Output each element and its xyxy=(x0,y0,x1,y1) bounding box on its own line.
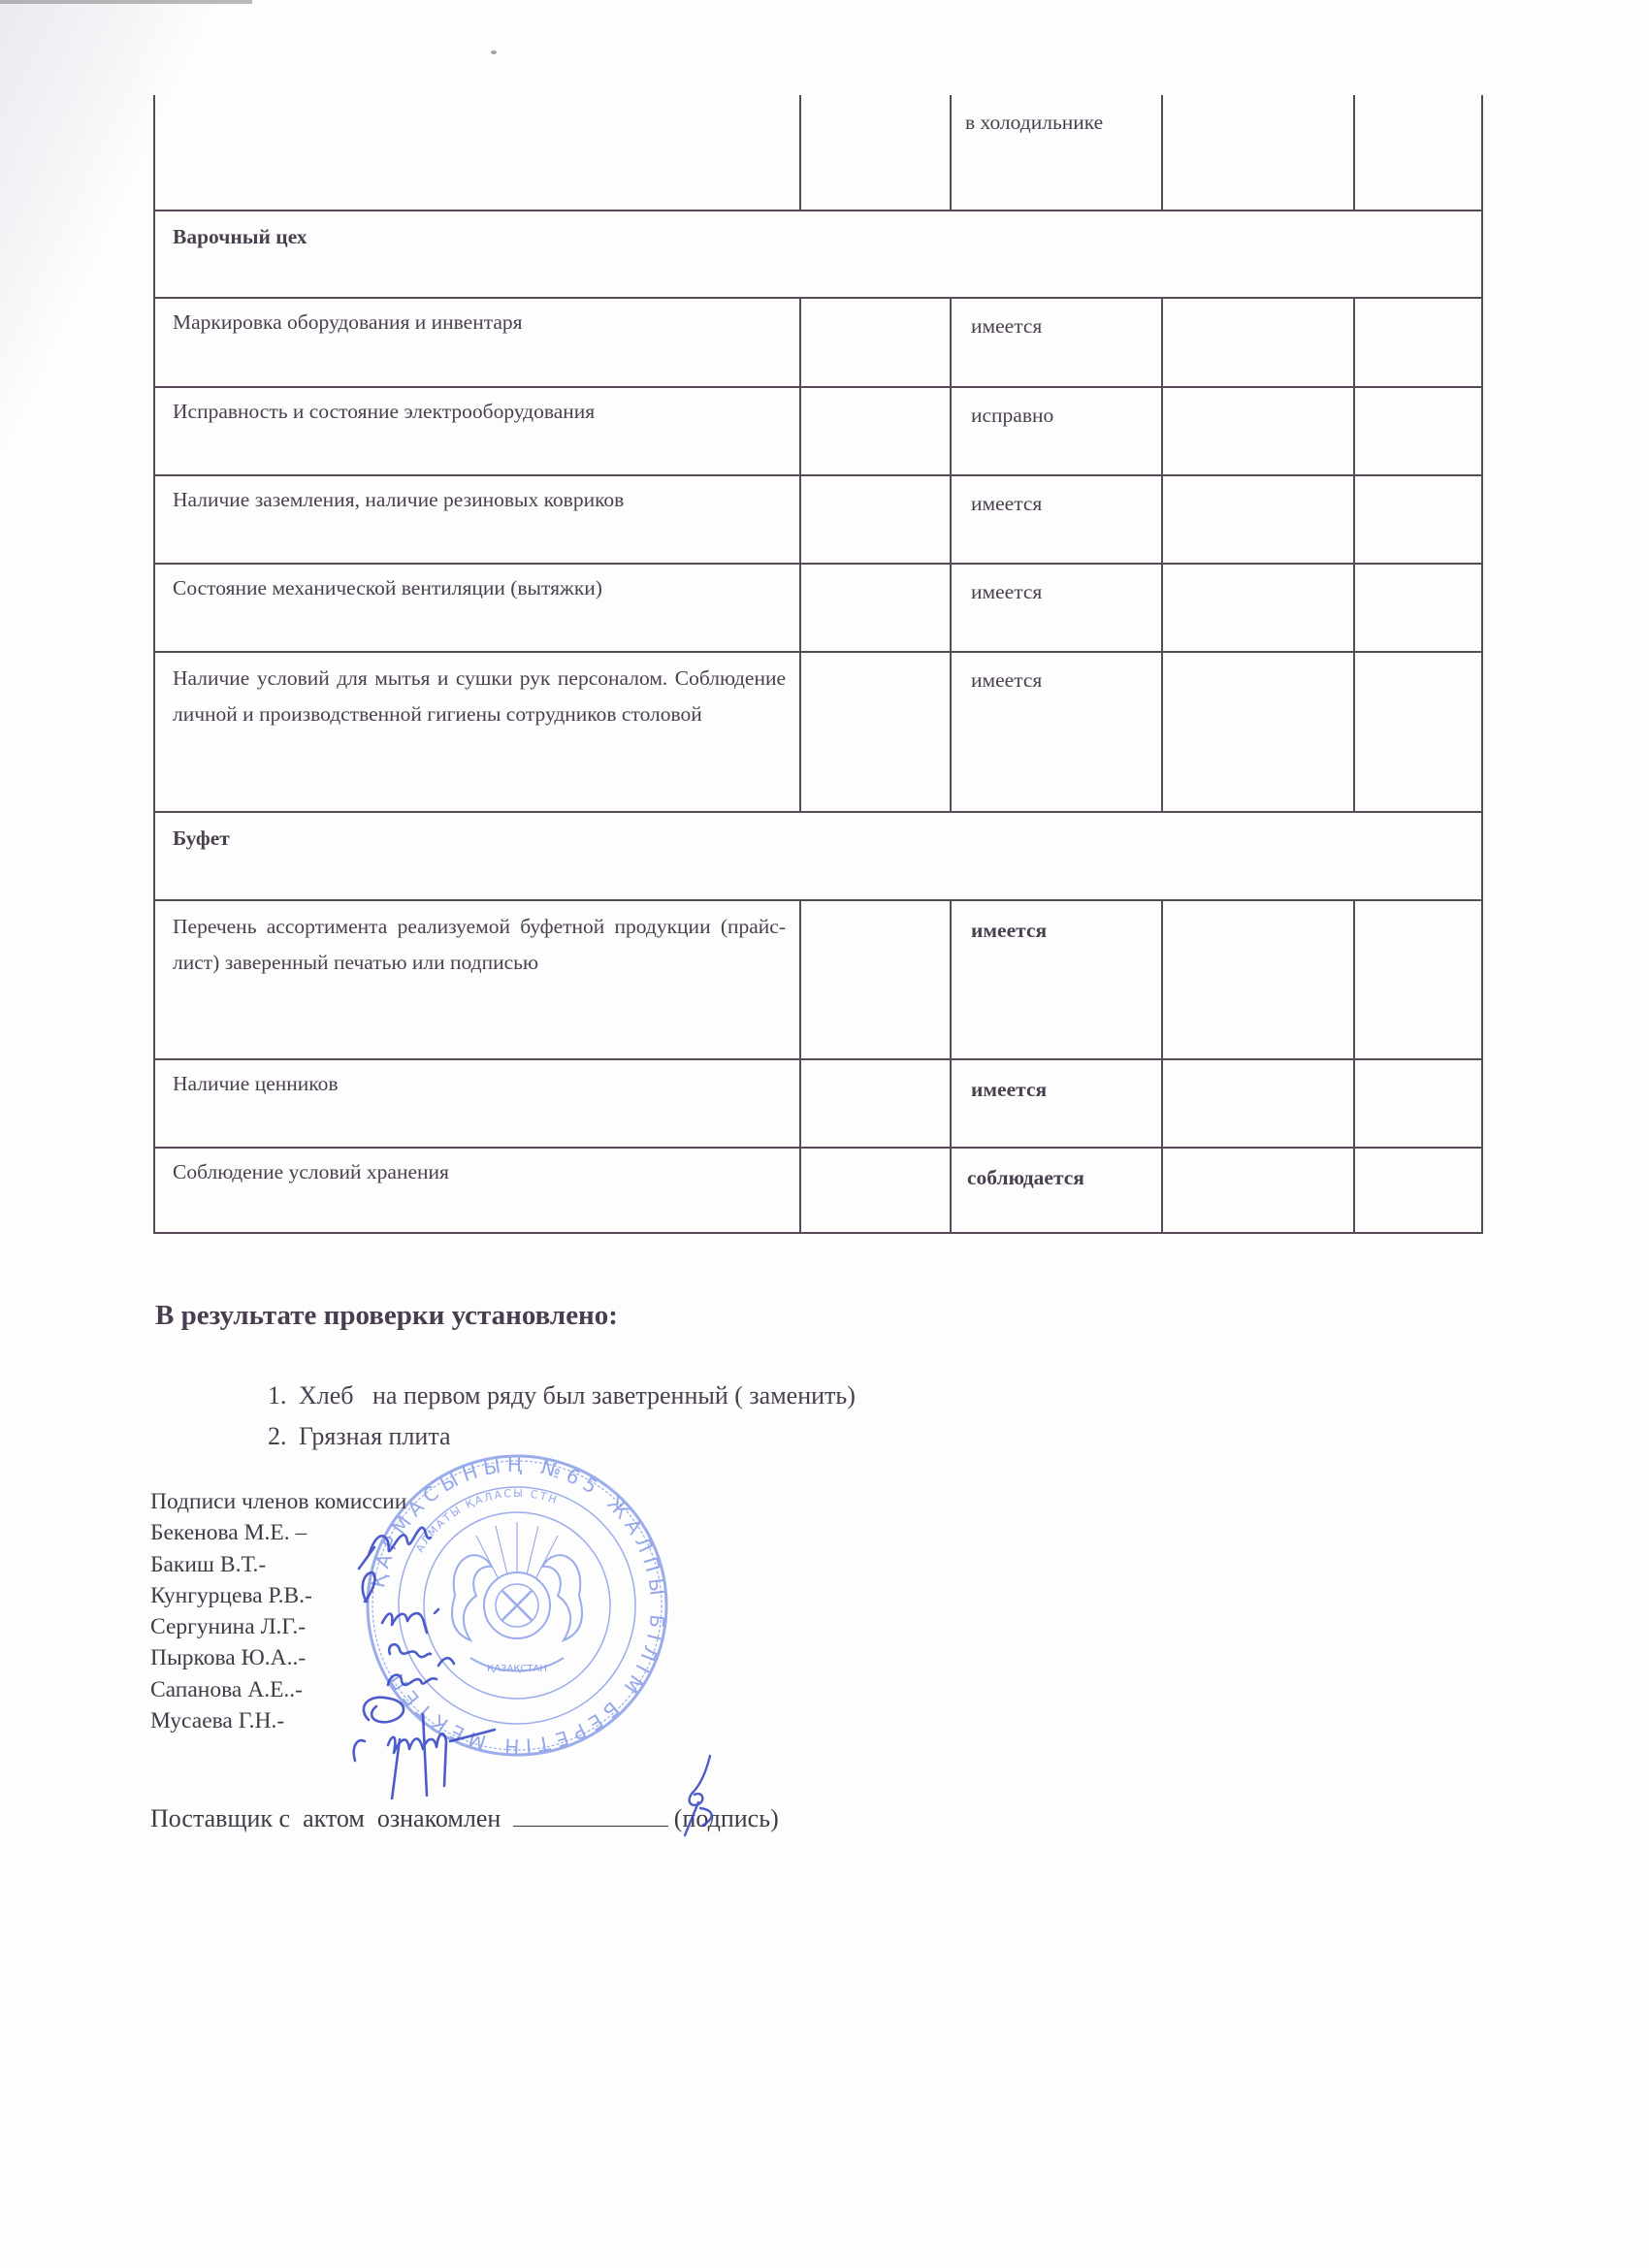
table-cell xyxy=(1353,899,1483,1058)
table-cell: имеется xyxy=(950,651,1161,811)
item-label: Наличие ценников xyxy=(173,1068,786,1099)
findings-title: В результате проверки установлено: xyxy=(155,1300,618,1332)
section-row: Буфет xyxy=(153,811,1483,901)
svg-text:ҚАЗАҚСТАН: ҚАЗАҚСТАН xyxy=(487,1664,547,1674)
table-cell: имеется xyxy=(950,474,1161,563)
item-label: Соблюдение условий хранения xyxy=(173,1156,786,1187)
signature-line xyxy=(513,1802,668,1827)
supplier-acknowledgement: Поставщик с актом ознакомлен (подпись) xyxy=(150,1802,779,1833)
item-label: Наличие заземления, наличие резиновых ко… xyxy=(173,484,786,515)
table-row: Маркировка оборудования и инвентаря имее… xyxy=(153,297,1483,388)
item-value: имеется xyxy=(971,310,1042,341)
scan-speck xyxy=(491,50,497,54)
item-value: имеется xyxy=(971,488,1042,519)
item-value: имеется xyxy=(971,664,1042,696)
table-row: Состояние механической вентиляции (вытяж… xyxy=(153,563,1483,653)
list-number: 1. xyxy=(268,1376,299,1416)
table-cell: имеется xyxy=(950,297,1161,386)
section-row: Варочный цех xyxy=(153,210,1483,299)
table-cell: исправно xyxy=(950,386,1161,474)
table-row: Исправность и состояние электрооборудова… xyxy=(153,386,1483,476)
item-value: имеется xyxy=(971,576,1042,607)
item-value: имеется xyxy=(971,1074,1047,1105)
table-cell: Маркировка оборудования и инвентаря xyxy=(153,297,799,386)
table-cell: Наличие условий для мытья и сушки рук пе… xyxy=(153,651,799,811)
table-cell xyxy=(1161,651,1353,811)
item-label: Состояние механической вентиляции (вытяж… xyxy=(173,572,786,603)
table-row: Соблюдение условий хранения соблюдается xyxy=(153,1147,1483,1234)
item-label: Наличие условий для мытья и сушки рук пе… xyxy=(173,661,786,732)
table-cell xyxy=(1353,1058,1483,1147)
table-cell: Наличие ценников xyxy=(153,1058,799,1147)
commission-signatures: Подписи членов комиссии Бекенова М.Е. – … xyxy=(150,1486,406,1736)
member-name: Мусаева Г.Н.- xyxy=(150,1705,406,1736)
item-value: соблюдается xyxy=(967,1162,1084,1193)
member-name: Пыркова Ю.А..- xyxy=(150,1642,406,1673)
table-cell xyxy=(799,474,950,563)
member-name: Сергунина Л.Г.- xyxy=(150,1611,406,1642)
table-cell xyxy=(153,95,799,210)
table-cell: имеется xyxy=(950,899,1161,1058)
table-cell xyxy=(799,95,950,210)
table-cell xyxy=(799,297,950,386)
table-cell: Буфет xyxy=(153,811,1483,899)
table-cell xyxy=(1353,651,1483,811)
official-stamp: ҚАРМАСЫНЫҢ №65 ЖАЛПЫ БІЛІМ БЕРЕТІН МЕКТЕ… xyxy=(362,1450,672,1761)
table-cell: Варочный цех xyxy=(153,210,1483,297)
list-number: 2. xyxy=(268,1416,299,1457)
table-row: в холодильнике xyxy=(153,95,1483,211)
item-label: Маркировка оборудования и инвентаря xyxy=(173,307,786,338)
signatures-heading: Подписи членов комиссии xyxy=(150,1486,406,1517)
table-cell xyxy=(1161,563,1353,651)
table-cell: Состояние механической вентиляции (вытяж… xyxy=(153,563,799,651)
section-title: Буфет xyxy=(173,823,1468,854)
table-cell xyxy=(1161,474,1353,563)
table-row: Наличие ценников имеется xyxy=(153,1058,1483,1149)
table-cell xyxy=(799,651,950,811)
table-cell xyxy=(799,899,950,1058)
table-cell: Соблюдение условий хранения xyxy=(153,1147,799,1232)
scan-edge xyxy=(0,0,252,4)
table-row: Наличие условий для мытья и сушки рук пе… xyxy=(153,651,1483,813)
table-cell xyxy=(1161,386,1353,474)
table-cell xyxy=(1161,95,1353,210)
table-cell xyxy=(799,386,950,474)
item-value: исправно xyxy=(971,400,1053,431)
item-label: Перечень ассортимента реализуемой буфетн… xyxy=(173,909,786,981)
item-value: имеется xyxy=(971,915,1047,946)
table-cell: в холодильнике xyxy=(950,95,1161,210)
table-cell xyxy=(1353,386,1483,474)
table-cell xyxy=(1353,474,1483,563)
member-name: Бекенова М.Е. – xyxy=(150,1517,406,1548)
cell-value: в холодильнике xyxy=(965,107,1103,138)
table-cell xyxy=(1161,1058,1353,1147)
signature-label: (подпись) xyxy=(674,1804,779,1832)
table-cell: Наличие заземления, наличие резиновых ко… xyxy=(153,474,799,563)
table-cell: Перечень ассортимента реализуемой буфетн… xyxy=(153,899,799,1058)
list-text: Грязная плита xyxy=(299,1422,451,1450)
table-cell xyxy=(1353,1147,1483,1232)
table-cell xyxy=(1161,899,1353,1058)
member-name: Бакиш В.Т.- xyxy=(150,1549,406,1580)
table-row: Наличие заземления, наличие резиновых ко… xyxy=(153,474,1483,565)
table-cell xyxy=(1353,297,1483,386)
table-cell: имеется xyxy=(950,563,1161,651)
table-cell xyxy=(1161,1147,1353,1232)
list-item: 1.Хлеб на первом ряду был заветренный ( … xyxy=(268,1376,856,1416)
item-label: Исправность и состояние электрооборудова… xyxy=(173,396,786,427)
list-text: Хлеб на первом ряду был заветренный ( за… xyxy=(299,1381,856,1409)
table-cell: имеется xyxy=(950,1058,1161,1147)
table-cell xyxy=(1353,563,1483,651)
table-cell xyxy=(799,563,950,651)
table-cell: соблюдается xyxy=(950,1147,1161,1232)
findings-list: 1.Хлеб на первом ряду был заветренный ( … xyxy=(268,1376,856,1457)
section-title: Варочный цех xyxy=(173,221,1468,252)
member-name: Кунгурцева Р.В.- xyxy=(150,1580,406,1611)
table-row: Перечень ассортимента реализуемой буфетн… xyxy=(153,899,1483,1060)
table-cell xyxy=(1161,297,1353,386)
member-name: Сапанова А.Е..- xyxy=(150,1674,406,1705)
table-cell xyxy=(799,1058,950,1147)
table-cell xyxy=(1353,95,1483,210)
table-cell: Исправность и состояние электрооборудова… xyxy=(153,386,799,474)
table-cell xyxy=(799,1147,950,1232)
supplier-text: Поставщик с актом ознакомлен xyxy=(150,1804,501,1832)
